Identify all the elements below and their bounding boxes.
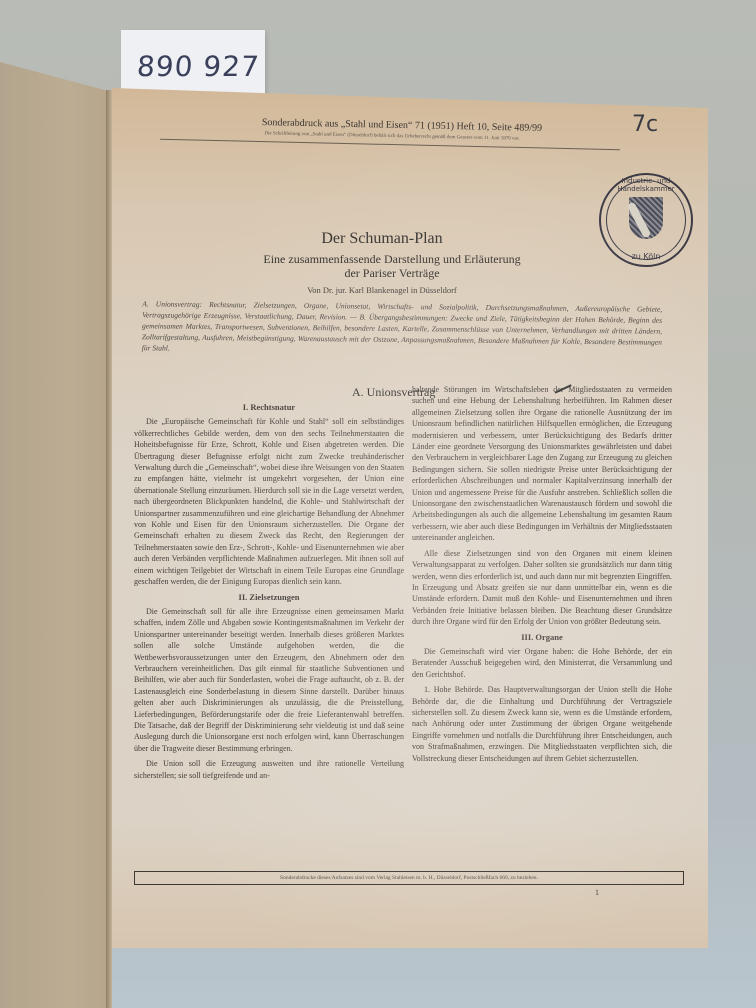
page-number: 1 [595, 888, 599, 897]
section-heading: A. Unionsvertrag [352, 385, 552, 400]
coat-of-arms-icon [629, 197, 663, 239]
paragraph: Die Union soll die Erzeugung ausweiten u… [134, 758, 404, 781]
paragraph: Die „Europäische Gemeinschaft für Kohle … [134, 416, 404, 587]
reprint-header: Sonderabdruck aus „Stahl und Eisen“ 71 (… [182, 115, 622, 135]
paragraph: Die Gemeinschaft soll für alle ihre Erze… [134, 606, 404, 754]
heading-rechtsnatur: I. Rechtsnatur [134, 402, 404, 413]
pen-mark [555, 384, 572, 393]
right-column: haltende Störungen im Wirtschaftsleben d… [412, 384, 672, 768]
table-of-contents-abstract: A. Unionsvertrag: Rechtsnatur, Zielsetzu… [142, 298, 663, 358]
stamp-ring-text: Industrie- und Handelskammer [601, 177, 691, 193]
author-line: Von Dr. jur. Karl Blankenagel in Düsseld… [172, 285, 592, 295]
copyright-notice: Die Schriftleitung von „Stahl und Eisen“… [142, 129, 642, 144]
handwritten-mark: 7c [632, 112, 658, 137]
chamber-stamp: Industrie- und Handelskammer zu Köln [599, 173, 693, 267]
document-page: Sonderabdruck aus „Stahl und Eisen“ 71 (… [112, 88, 708, 948]
paragraph: Die Gemeinschaft wird vier Organe haben:… [412, 646, 672, 680]
stamp-city-text: zu Köln [601, 252, 691, 261]
subtitle-line-2: der Pariser Verträge [152, 266, 632, 280]
document-subtitle: Eine zusammenfassende Darstellung und Er… [152, 252, 632, 280]
subtitle-line-1: Eine zusammenfassende Darstellung und Er… [152, 252, 632, 266]
paragraph: Alle diese Zielsetzungen sind von den Or… [412, 548, 672, 628]
paragraph: haltende Störungen im Wirtschaftsleben d… [412, 384, 672, 544]
document-title: Der Schuman-Plan [232, 230, 532, 248]
back-cover [0, 62, 112, 1008]
stamp-inner-ring [606, 180, 686, 260]
paragraph: 1. Hohe Behörde. Das Hauptverwaltungsorg… [412, 684, 672, 764]
reprint-footer-note: Sonderabdrucke dieses Aufsatzes sind vom… [134, 871, 684, 885]
heading-zielsetzungen: II. Zielsetzungen [134, 592, 404, 603]
left-column: I. Rechtsnatur Die „Europäische Gemeinsc… [134, 400, 404, 785]
header-rule [160, 139, 620, 150]
inventory-number: 890 927 [136, 50, 261, 83]
cover-spine-edge [106, 90, 112, 1008]
heading-organe: III. Organe [412, 632, 672, 643]
